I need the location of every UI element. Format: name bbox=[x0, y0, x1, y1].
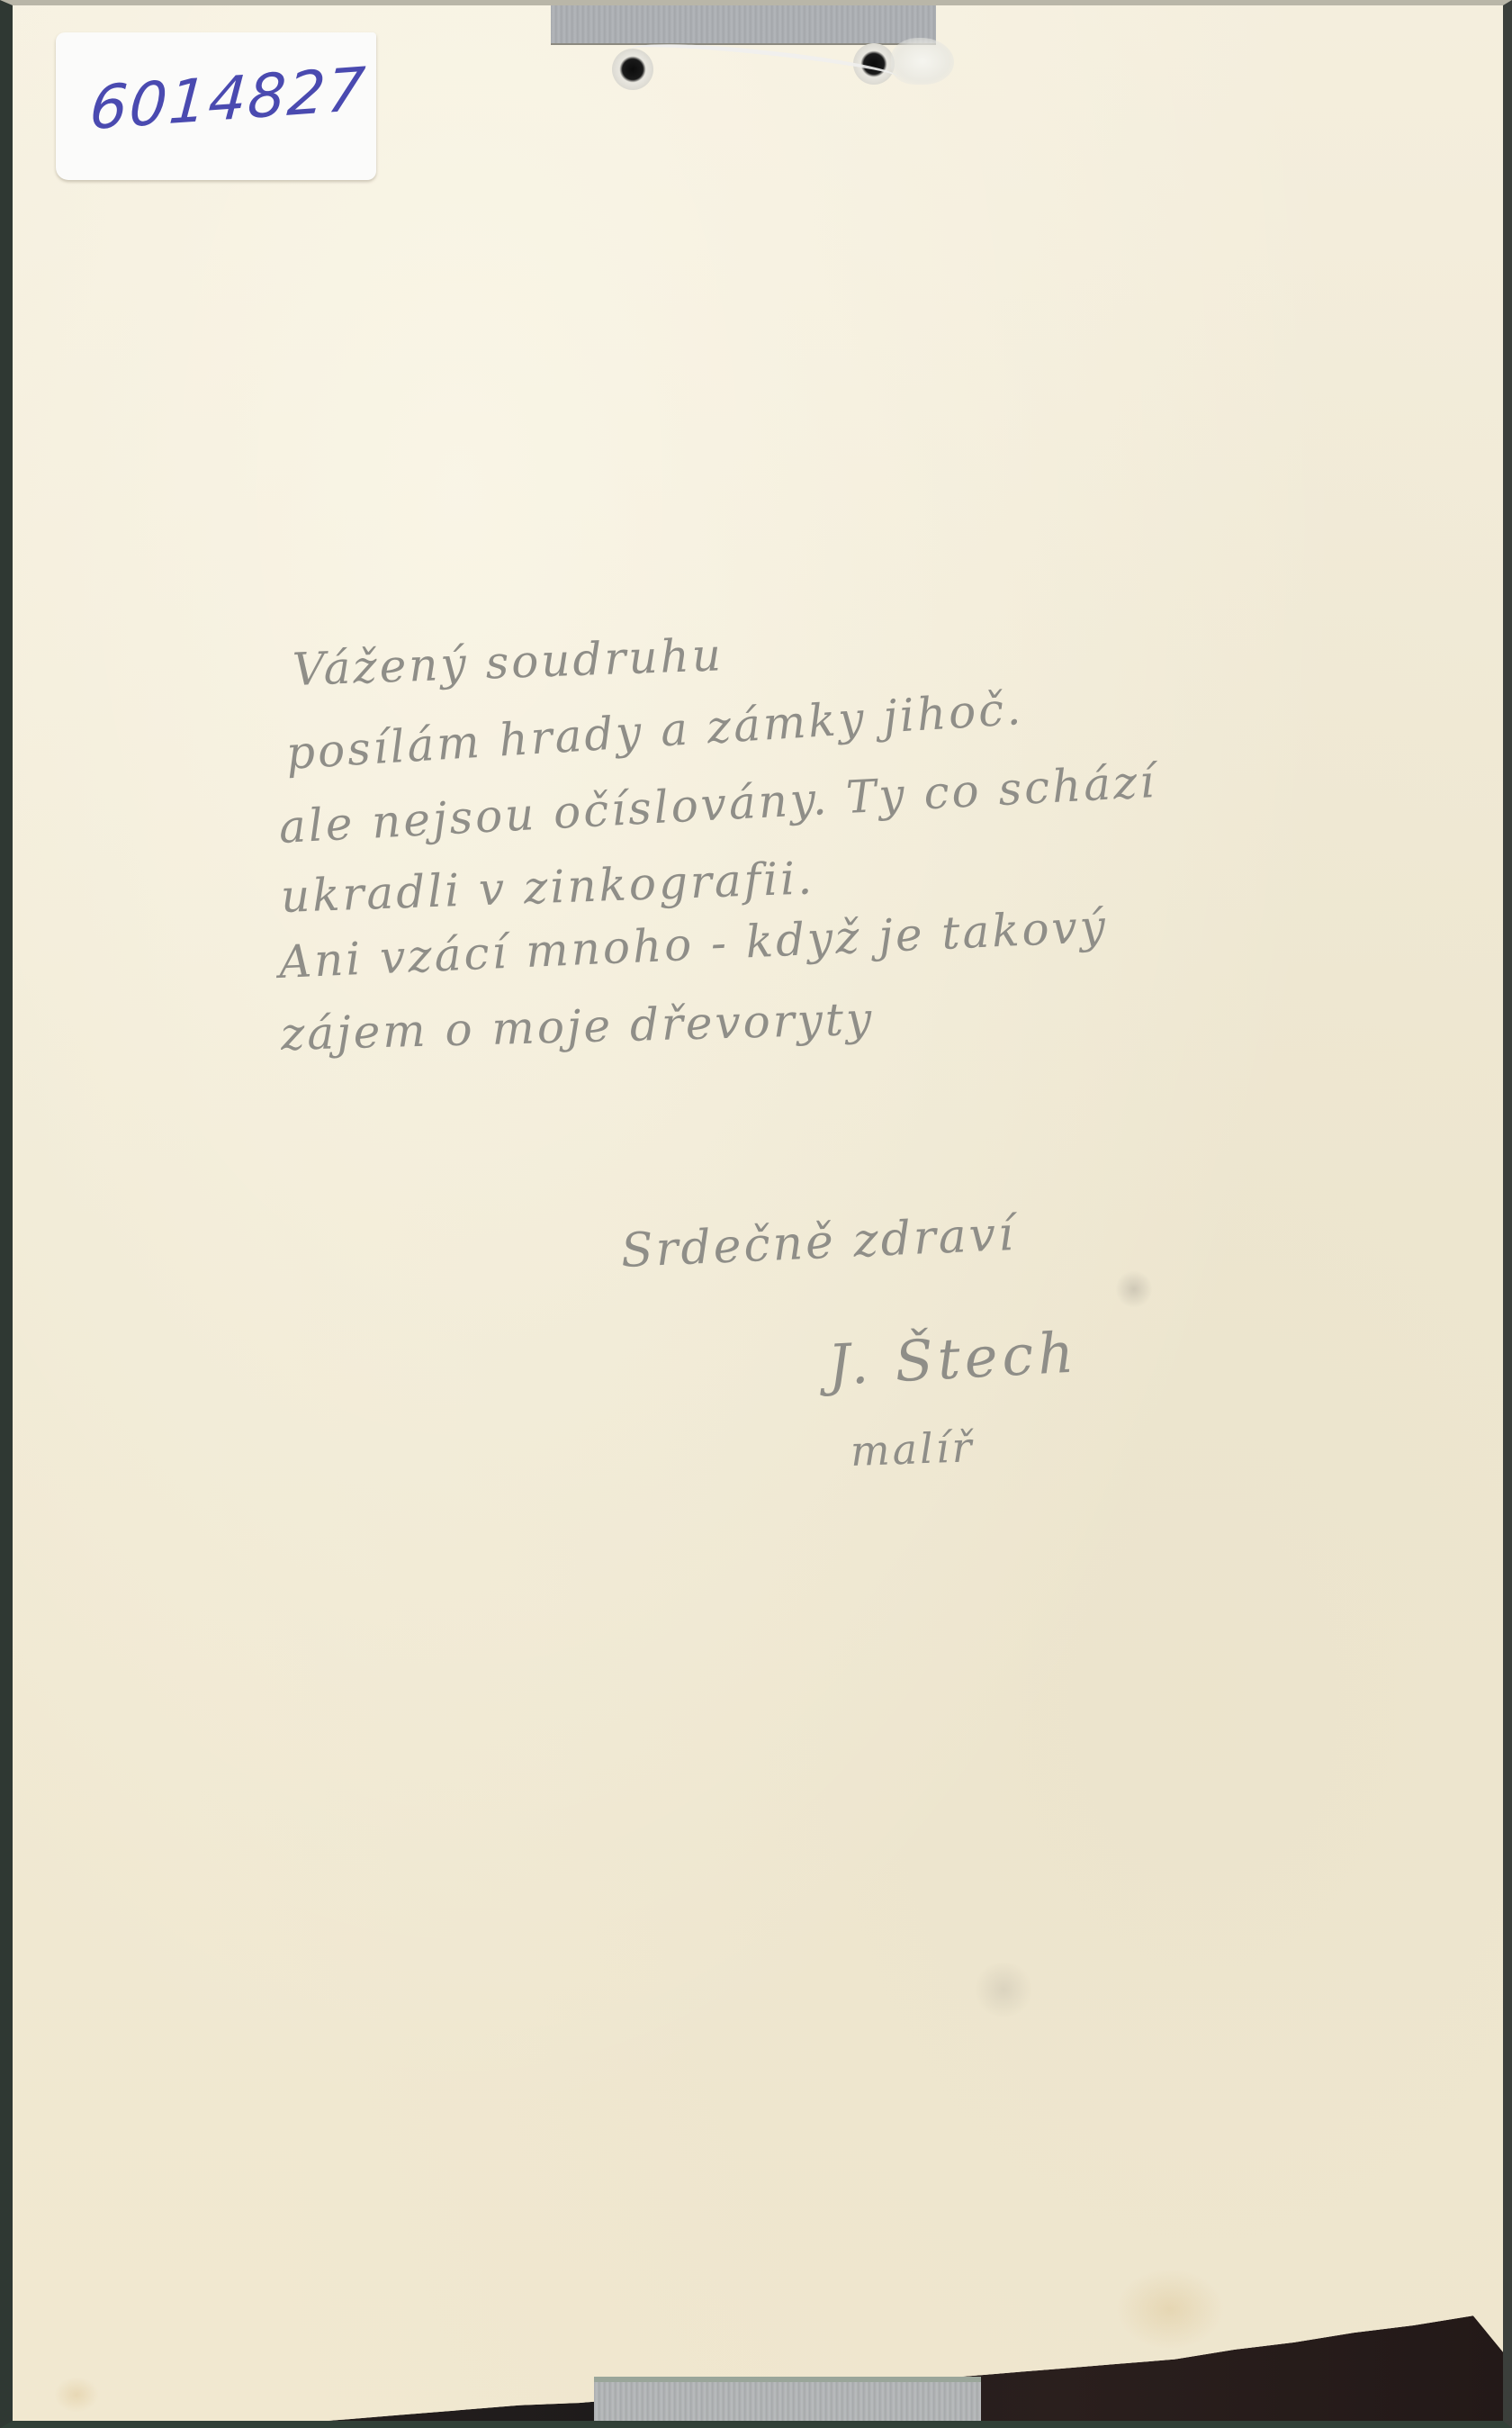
letter-closing: Srdečně zdraví bbox=[620, 1207, 1017, 1278]
letter-line: zájem o moje dřevoryty bbox=[280, 993, 875, 1061]
letter-body: Vážený soudruhu posílám hrady a zámky ji… bbox=[0, 0, 1512, 2428]
letter-salutation: Vážený soudruhu bbox=[292, 628, 724, 696]
letter-line: posílám hrady a zámky jihoč. bbox=[284, 682, 1024, 780]
string-knot-icon bbox=[891, 38, 954, 85]
top-tape bbox=[551, 0, 936, 45]
pencil-smudge bbox=[1116, 1269, 1152, 1309]
letter-line: ukradli v zinkografii. bbox=[280, 852, 815, 923]
pencil-smudge bbox=[972, 1963, 1035, 2017]
signature-title: malíř bbox=[850, 1422, 975, 1476]
letter-signature: J. Štech bbox=[826, 1319, 1080, 1397]
